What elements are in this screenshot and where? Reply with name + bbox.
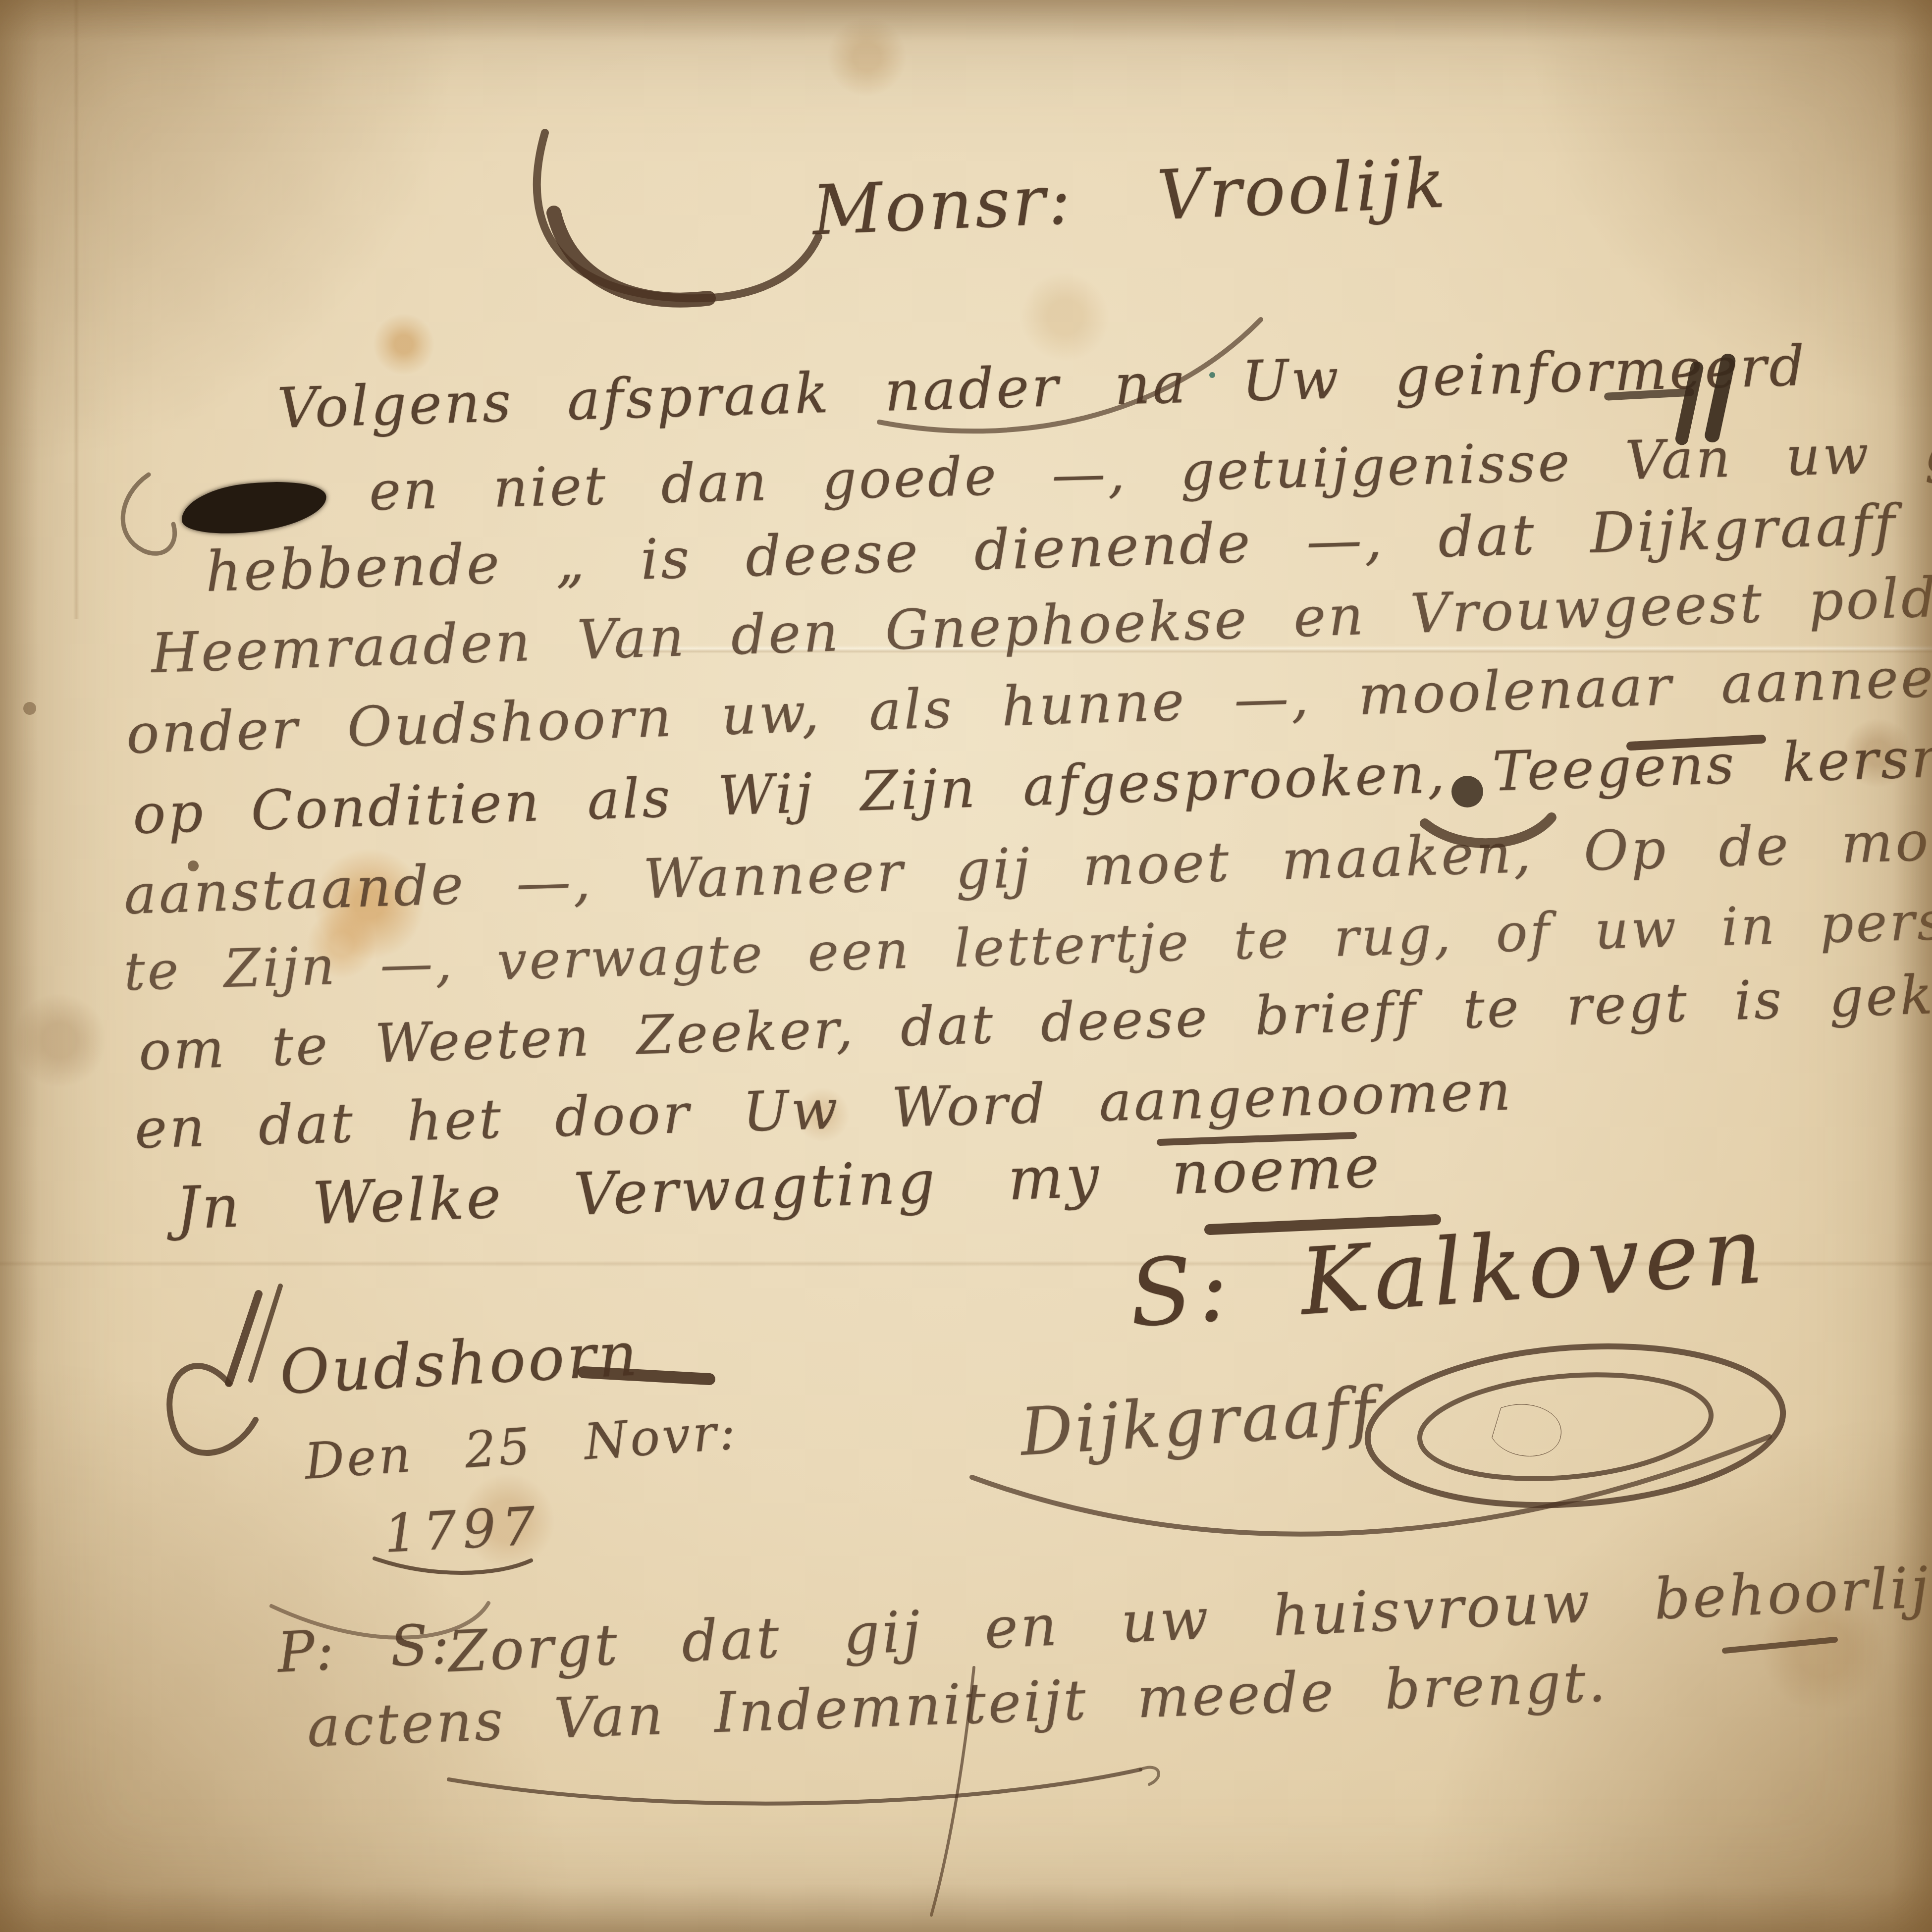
scribble-redaction: [178, 474, 329, 540]
dash-after-behoorlijke: [1725, 1640, 1835, 1651]
oudshoorn-lead-flourish: [169, 1286, 280, 1453]
signature-name: S: Kalkoven: [1126, 1196, 1771, 1347]
salutation: Monsr:Vroolijk: [810, 143, 1449, 251]
salutation-name: Vroolijk: [1155, 143, 1449, 235]
fold-crease-vertical: [73, 0, 79, 619]
date-line: Den 25 Novr:: [303, 1402, 740, 1491]
header-flourish: [537, 133, 818, 298]
header-flourish-heavy: [554, 213, 708, 300]
line2-lead-curl: [123, 475, 174, 553]
ps-label: P: S:: [276, 1612, 453, 1685]
place-name: Oudshoorn: [278, 1319, 641, 1408]
salutation-abbrev: Monsr:: [810, 160, 1074, 251]
body-line-1: Volgens afspraak nader na Uw geinformeer…: [276, 334, 1808, 441]
ps-underline-flourish: [449, 1768, 1159, 1804]
year-line: 1797: [382, 1495, 543, 1564]
letter-page: Monsr:Vroolijk Volgens afspraak nader na…: [0, 0, 1932, 1932]
signature-title: Dijkgraaff: [1018, 1373, 1380, 1471]
ink-fleck-left-margin: [23, 702, 36, 715]
